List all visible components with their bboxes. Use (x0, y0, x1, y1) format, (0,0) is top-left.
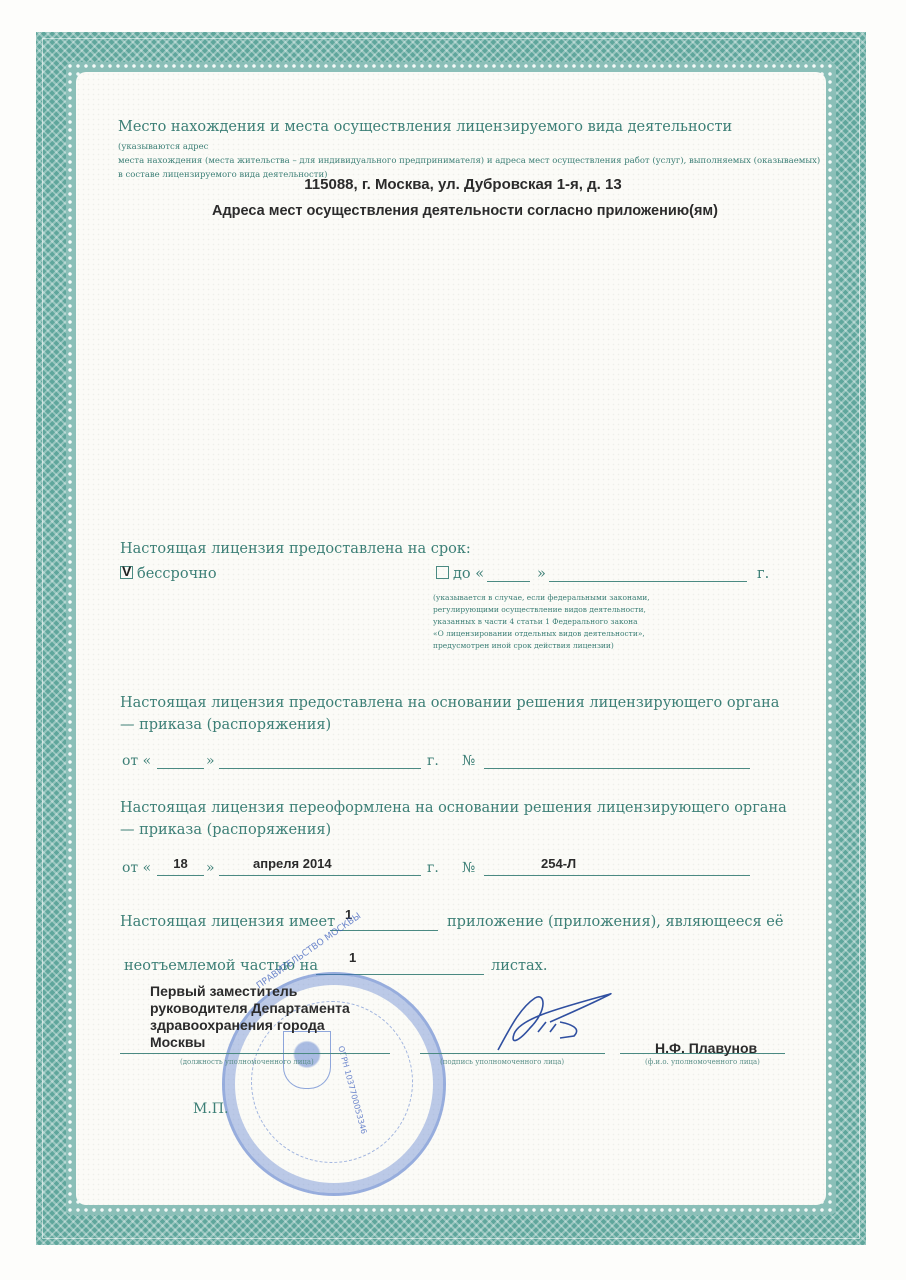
until-day-line (487, 581, 530, 582)
reissued-day: 18 (157, 856, 204, 871)
position-line-rule (120, 1053, 390, 1054)
term-note-line: указанных в части 4 статьи 1 Федеральног… (433, 616, 650, 628)
until-label: до « (453, 566, 484, 582)
granted-year-suffix: г. (427, 753, 439, 769)
position-caption: (должность уполномоченного лица) (180, 1058, 314, 1066)
position-line: Москвы (150, 1034, 350, 1051)
location-note-2: места нахождения (места жительства – для… (118, 154, 798, 168)
term-heading: Настоящая лицензия предоставлена на срок… (120, 541, 471, 557)
granted-number-label: № (462, 753, 475, 769)
position-line: Первый заместитель (150, 983, 350, 1000)
position-line: руководителя Департамента (150, 1000, 350, 1017)
term-note: (указывается в случае, если федеральными… (433, 592, 650, 652)
term-note-line: (указывается в случае, если федеральными… (433, 592, 650, 604)
reissued-quote-close: » (206, 860, 215, 876)
seal-label: М.П. (193, 1101, 228, 1117)
location-section: Место нахождения и места осуществления л… (118, 118, 798, 182)
name-caption: (ф.и.о. уполномоченного лица) (645, 1058, 760, 1066)
until-quote-close: » (537, 566, 546, 582)
granted-number-line (484, 768, 750, 769)
term-indefinite-option[interactable]: бессрочно (120, 566, 217, 582)
term-until-option[interactable]: до « (436, 566, 484, 582)
indefinite-checkbox[interactable] (120, 566, 133, 579)
granted-line-2: — приказа (распоряжения) (120, 714, 779, 736)
position-line: здравоохранения города (150, 1017, 350, 1034)
reissued-number-label: № (462, 860, 475, 876)
reissued-month-year: апреля 2014 (253, 856, 332, 871)
until-checkbox[interactable] (436, 566, 449, 579)
signature-line (420, 1053, 605, 1054)
granted-section: Настоящая лицензия предоставлена на осно… (120, 692, 779, 736)
reissued-from-label: от « (122, 860, 151, 876)
reissued-number: 254-Л (541, 856, 576, 871)
term-note-line: регулирующими осуществление видов деятел… (433, 604, 650, 616)
reissued-line-2: — приказа (распоряжения) (120, 819, 787, 841)
address: 115088, г. Москва, ул. Дубровская 1-я, д… (0, 176, 906, 193)
reissued-day-line (157, 875, 204, 876)
appendix-text-before: Настоящая лицензия имеет (120, 914, 335, 930)
indefinite-label: бессрочно (137, 566, 217, 582)
position-title: Первый заместитель руководителя Департам… (150, 983, 350, 1051)
granted-day-line (157, 768, 204, 769)
reissued-date-line (219, 875, 421, 876)
location-heading: Место нахождения и места осуществления л… (118, 119, 732, 135)
granted-line-1: Настоящая лицензия предоставлена на осно… (120, 692, 779, 714)
until-year-suffix: г. (757, 566, 769, 582)
granted-from-label: от « (122, 753, 151, 769)
location-note-1: (указываются адрес (118, 142, 208, 152)
granted-date-line (219, 768, 421, 769)
appendix-text2-after: листах. (491, 958, 547, 974)
term-note-line: «О лицензировании отдельных видов деятел… (433, 628, 650, 640)
addresses-note: Адреса мест осуществления деятельности с… (0, 203, 906, 219)
term-note-line: предусмотрен иной срок действия лицензии… (433, 640, 650, 652)
reissued-year-suffix: г. (427, 860, 439, 876)
granted-quote-close: » (206, 753, 215, 769)
reissued-line-1: Настоящая лицензия переоформлена на осно… (120, 797, 787, 819)
signature-caption: (подпись уполномоченного лица) (440, 1058, 564, 1066)
signatory-name: Н.Ф. Плавунов (655, 1040, 757, 1056)
signature-icon (490, 988, 620, 1058)
reissued-section: Настоящая лицензия переоформлена на осно… (120, 797, 787, 841)
appendix-text-after: приложение (приложения), являющееся её (447, 914, 783, 930)
reissued-number-line (484, 875, 750, 876)
until-date-line (549, 581, 747, 582)
appendix-sheets: 1 (349, 950, 356, 965)
